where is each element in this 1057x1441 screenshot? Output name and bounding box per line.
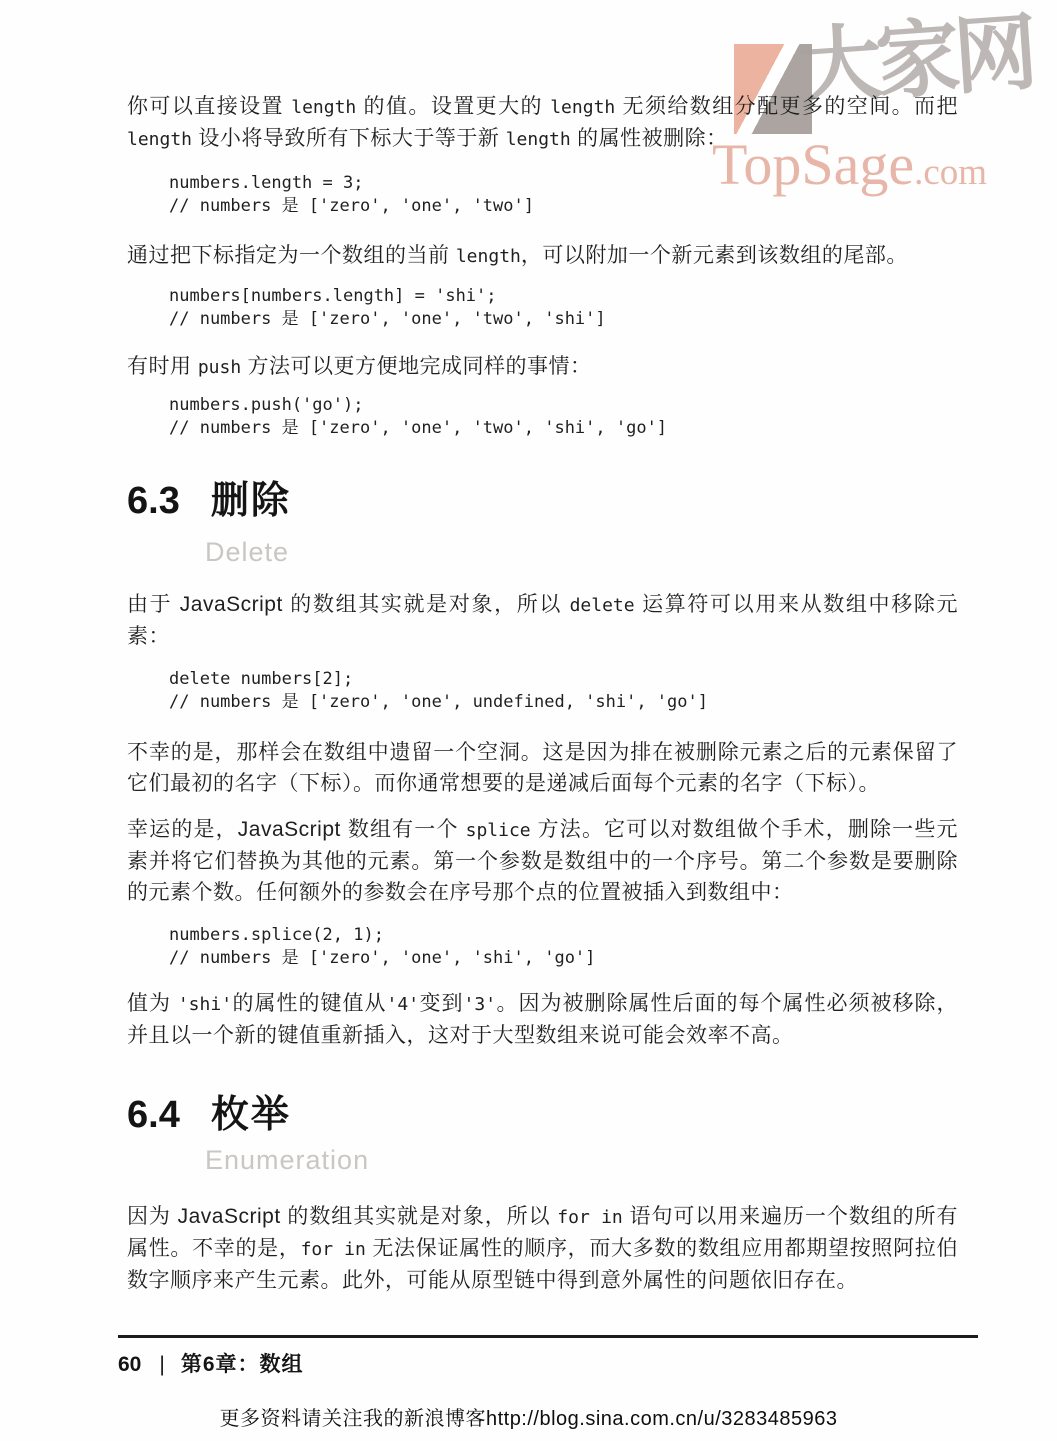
section-number: 6.4 (127, 1094, 180, 1136)
paragraph-push: 有时用 push 方法可以更方便地完成同样的事情： (127, 351, 958, 383)
code-line: numbers.splice(2, 1); (169, 924, 958, 947)
text-segment: 无须给数组分配更多的空间。而把 (615, 95, 958, 118)
footer-separator: | (159, 1353, 164, 1376)
page-footer: 60|第6章：数组 (118, 1335, 978, 1378)
section-subtitle-en: Enumeration (205, 1144, 958, 1176)
code-block-push: numbers.push('go'); // numbers 是 ['zero'… (169, 394, 958, 440)
text-segment: 因为 JavaScript 的数组其实就是对象，所以 (127, 1205, 557, 1228)
text-segment: 值为 (127, 992, 178, 1015)
section-title-cn: 删除 (211, 480, 291, 522)
inline-code: 'shi' (178, 994, 232, 1015)
paragraph-splice: 幸运的是，JavaScript 数组有一个 splice 方法。它可以对数组做个… (127, 814, 958, 908)
code-line: delete numbers[2]; (169, 668, 958, 691)
code-block-append: numbers[numbers.length] = 'shi'; // numb… (169, 285, 958, 331)
paragraph-append: 通过把下标指定为一个数组的当前 length，可以附加一个新元素到该数组的尾部。 (127, 240, 958, 272)
paragraph-hole: 不幸的是，那样会在数组中遗留一个空洞。这是因为排在被删除元素之后的元素保留了它们… (127, 737, 958, 799)
inline-code: '3' (464, 994, 497, 1015)
text-segment: 通过把下标指定为一个数组的当前 (127, 244, 456, 267)
section-heading-6-3: 6.3删除 Delete (127, 478, 958, 568)
code-line: numbers[numbers.length] = 'shi'; (169, 285, 958, 308)
paragraph-delete: 由于 JavaScript 的数组其实就是对象，所以 delete 运算符可以用… (127, 589, 958, 652)
inline-code: for in (557, 1207, 622, 1228)
code-line: numbers.length = 3; (169, 172, 958, 195)
section-title: 6.4枚举 (127, 1092, 958, 1138)
inline-code: length (127, 129, 192, 150)
page-number: 60 (118, 1353, 141, 1376)
code-line: numbers.push('go'); (169, 394, 958, 417)
blog-note: 更多资料请关注我的新浪博客http://blog.sina.com.cn/u/3… (0, 1402, 1057, 1431)
book-page: 大家网 TopSage.com 你可以直接设置 length 的值。设置更大的 … (0, 0, 1057, 1441)
text-segment: 变到 (419, 992, 464, 1015)
text-segment: 的值。设置更大的 (356, 95, 550, 118)
text-segment: 方法可以更方便地完成同样的事情： (241, 355, 591, 378)
text-segment: ，可以附加一个新元素到该数组的尾部。 (521, 244, 908, 267)
code-line: // numbers 是 ['zero', 'one', 'two'] (169, 195, 958, 218)
code-block-length: numbers.length = 3; // numbers 是 ['zero'… (169, 172, 958, 218)
inline-code: length (506, 129, 571, 150)
inline-code: delete (570, 595, 635, 616)
code-line: // numbers 是 ['zero', 'one', undefined, … (169, 691, 958, 714)
section-title-cn: 枚举 (211, 1094, 291, 1136)
code-line: // numbers 是 ['zero', 'one', 'two', 'shi… (169, 417, 958, 440)
text-segment: 幸运的是，JavaScript 数组有一个 (127, 818, 466, 841)
section-title: 6.3删除 (127, 478, 958, 524)
inline-code: length (291, 97, 356, 118)
code-block-splice: numbers.splice(2, 1); // numbers 是 ['zer… (169, 924, 958, 970)
inline-code: for in (301, 1239, 366, 1260)
text-segment: 你可以直接设置 (127, 95, 291, 118)
text-segment: 有时用 (127, 355, 198, 378)
section-heading-6-4: 6.4枚举 Enumeration (127, 1092, 958, 1176)
code-line: // numbers 是 ['zero', 'one', 'two', 'shi… (169, 308, 958, 331)
section-number: 6.3 (127, 480, 180, 522)
inline-code: splice (466, 820, 531, 841)
paragraph-rekey: 值为 'shi'的属性的键值从'4'变到'3'。因为被删除属性后面的每个属性必须… (127, 988, 958, 1051)
inline-code: '4' (387, 994, 420, 1015)
inline-code: push (198, 357, 241, 378)
inline-code: length (456, 246, 521, 267)
text-segment: 不幸的是，那样会在数组中遗留一个空洞。这是因为排在被删除元素之后的元素保留了它们… (127, 741, 958, 795)
paragraph-forin: 因为 JavaScript 的数组其实就是对象，所以 for in 语句可以用来… (127, 1201, 958, 1296)
text-segment: 的属性被删除： (571, 127, 728, 150)
paragraph-length: 你可以直接设置 length 的值。设置更大的 length 无须给数组分配更多… (127, 91, 958, 155)
page-content: 你可以直接设置 length 的值。设置更大的 length 无须给数组分配更多… (127, 91, 958, 1296)
code-block-delete: delete numbers[2]; // numbers 是 ['zero',… (169, 668, 958, 714)
text-segment: 由于 JavaScript 的数组其实就是对象，所以 (127, 593, 570, 616)
chapter-title: 第6章：数组 (181, 1353, 304, 1376)
inline-code: length (550, 97, 615, 118)
text-segment: 设小将导致所有下标大于等于新 (192, 127, 506, 150)
text-segment: 的属性的键值从 (232, 992, 387, 1015)
section-subtitle-en: Delete (205, 536, 958, 568)
code-line: // numbers 是 ['zero', 'one', 'shi', 'go'… (169, 947, 958, 970)
